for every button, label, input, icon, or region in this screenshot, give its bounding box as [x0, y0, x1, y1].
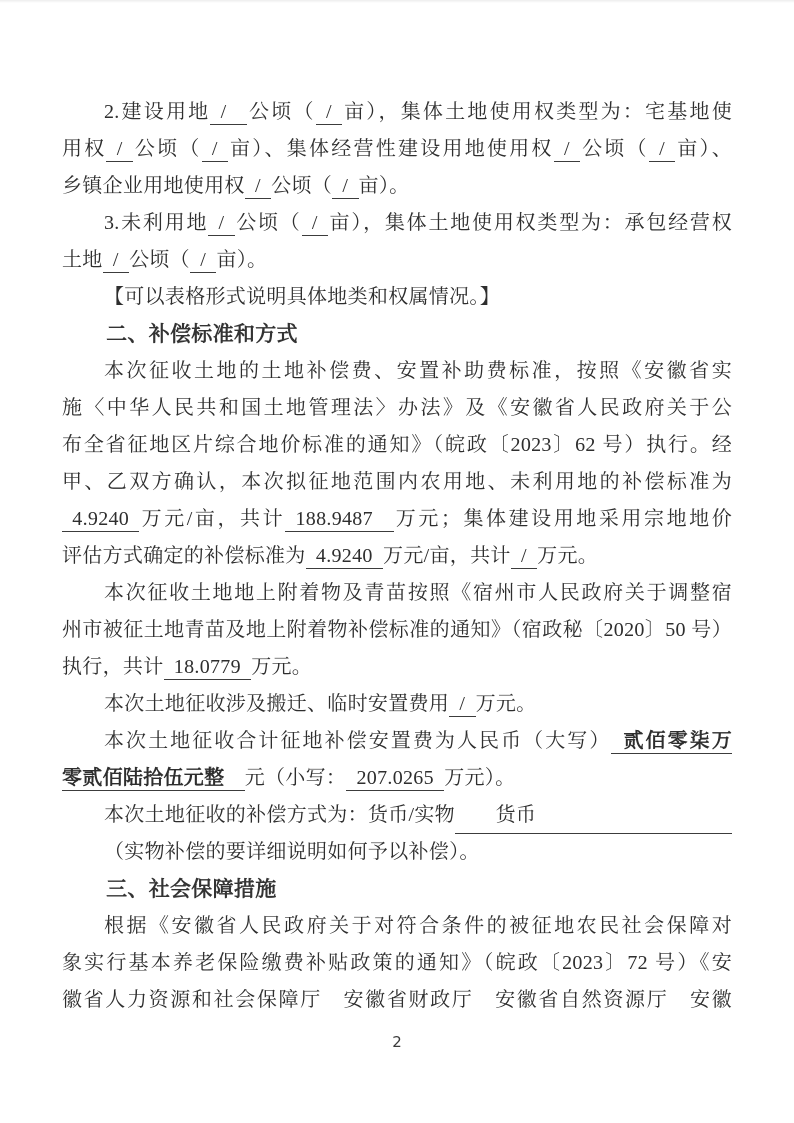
- text-segment: 公顷（: [129, 249, 190, 271]
- text-line: 4.9240 万元/亩，共计 188.9487 万元；集体建设用地采用宗地地价: [62, 501, 732, 538]
- scan-edge: [0, 0, 794, 3]
- text-segment: 公顷（: [580, 138, 649, 160]
- section-heading: 二、补偿标准和方式: [62, 316, 732, 353]
- text-segment: 元（小写：: [245, 767, 347, 789]
- text-line: 零贰佰陆拾伍元整 元（小写： 207.0265 万元）。: [62, 760, 732, 797]
- fill-in-blank: 4.9240: [62, 508, 139, 532]
- text-segment: 本次土地征收涉及搬迁、临时安置费用: [104, 693, 449, 715]
- fill-in-blank: /: [106, 138, 132, 162]
- text-segment: 评估方式确定的补偿标准为: [62, 545, 306, 567]
- text-segment: 根据《安徽省人民政府关于对符合条件的被征地农民社会保障对: [104, 915, 732, 937]
- text-segment: 土地: [62, 249, 103, 271]
- text-segment: 布全省征地区片综合地价标准的通知》（皖政〔2023〕62 号）执行。经: [62, 434, 732, 456]
- fill-in-blank: 4.9240: [306, 545, 383, 569]
- text-segment: 亩）。: [359, 175, 410, 197]
- fill-in-blank: /: [103, 249, 129, 273]
- text-line: 本次土地征收的补偿方式为：货币/实物 货币: [62, 797, 732, 834]
- text-line: 根据《安徽省人民政府关于对符合条件的被征地农民社会保障对: [62, 908, 732, 945]
- text-segment: 象实行基本养老保险缴费补贴政策的通知》（皖政〔2023〕72 号）《安: [62, 952, 732, 974]
- fill-in-blank: 贰佰零柒万: [611, 730, 732, 754]
- text-segment: 本次征收土地地上附着物及青苗按照《宿州市人民政府关于调整宿: [104, 582, 732, 604]
- section-heading: 三、社会保障措施: [62, 871, 732, 908]
- text-segment: 亩）、集体经营性建设用地使用权: [228, 138, 554, 160]
- text-line: 土地 / 公顷（ / 亩）。: [62, 242, 732, 279]
- text-segment: 公顷（: [133, 138, 202, 160]
- page-number: 2: [0, 1033, 794, 1051]
- text-segment: 乡镇企业用地使用权: [62, 175, 245, 197]
- text-segment: 甲、乙双方确认，本次拟征地范围内农用地、未利用地的补偿标准为: [62, 471, 732, 493]
- text-segment: 公顷（: [271, 175, 332, 197]
- text-line: 3.未利用地 / 公顷（ / 亩），集体土地使用权类型为：承包经营权: [62, 205, 732, 242]
- fill-in-blank: /: [190, 249, 216, 273]
- text-line: 本次土地征收合计征地补偿安置费为人民币（大写） 贰佰零柒万: [62, 723, 732, 760]
- text-segment: 万元）。: [444, 767, 515, 789]
- fill-in-blank: 207.0265: [346, 767, 444, 791]
- fill-in-blank: /: [208, 212, 234, 236]
- text-segment: 本次土地征收的补偿方式为：货币/实物: [104, 797, 455, 834]
- text-segment: 亩）、: [675, 138, 732, 160]
- text-segment: 三、社会保障措施: [106, 878, 276, 901]
- text-segment: 公顷（: [235, 212, 302, 234]
- text-segment: 万元；集体建设用地采用宗地地价: [394, 508, 732, 530]
- text-line: 评估方式确定的补偿标准为 4.9240 万元/亩，共计 / 万元。: [62, 538, 732, 575]
- text-segment: 本次土地征收合计征地补偿安置费为人民币（大写）: [104, 730, 611, 752]
- text-line: 甲、乙双方确认，本次拟征地范围内农用地、未利用地的补偿标准为: [62, 464, 732, 501]
- fill-in-blank: /: [316, 101, 342, 125]
- text-segment: 万元。: [476, 693, 537, 715]
- text-segment: 3.未利用地: [104, 212, 208, 234]
- fill-in-blank: 18.0779: [164, 656, 252, 680]
- text-segment: 徽省人力资源和社会保障厅 安徽省财政厅 安徽省自然资源厅 安徽: [62, 989, 732, 1011]
- text-line: 象实行基本养老保险缴费补贴政策的通知》（皖政〔2023〕72 号）《安: [62, 945, 732, 982]
- text-segment: 2.建设用地: [104, 101, 210, 123]
- text-line: 执行，共计 18.0779 万元。: [62, 649, 732, 686]
- fill-in-blank: 188.9487: [285, 508, 393, 532]
- text-segment: 州市被征土地青苗及地上附着物补偿标准的通知》（宿政秘〔2020〕50 号）: [62, 619, 732, 641]
- fill-in-blank: /: [332, 175, 358, 199]
- text-segment: 万元。: [537, 545, 598, 567]
- fill-in-blank: 零贰佰陆拾伍元整: [62, 767, 245, 791]
- text-line: 州市被征土地青苗及地上附着物补偿标准的通知》（宿政秘〔2020〕50 号）: [62, 612, 732, 649]
- text-segment: 用权: [62, 138, 106, 160]
- fill-in-blank: /: [511, 545, 537, 569]
- text-line: 本次征收土地地上附着物及青苗按照《宿州市人民政府关于调整宿: [62, 575, 732, 612]
- text-segment: 万元/亩，共计: [383, 545, 511, 567]
- fill-in-blank: /: [210, 101, 247, 125]
- text-line: 本次征收土地的土地补偿费、安置补助费标准，按照《安徽省实: [62, 353, 732, 390]
- text-segment: 施〈中华人民共和国土地管理法〉办法》及《安徽省人民政府关于公: [62, 397, 732, 419]
- text-segment: 执行，共计: [62, 656, 164, 678]
- text-line: 布全省征地区片综合地价标准的通知》（皖政〔2023〕62 号）执行。经: [62, 427, 732, 464]
- fill-in-blank: /: [302, 212, 328, 236]
- text-segment: 亩），集体土地使用权类型为：承包经营权: [328, 212, 732, 234]
- fill-in-blank: /: [202, 138, 228, 162]
- text-line: 施〈中华人民共和国土地管理法〉办法》及《安徽省人民政府关于公: [62, 390, 732, 427]
- text-segment: 公顷（: [247, 101, 316, 123]
- text-segment: 万元/亩，共计: [139, 508, 285, 530]
- text-segment: 亩）。: [216, 249, 267, 271]
- text-segment: （实物补偿的要详细说明如何予以补偿）。: [104, 841, 480, 863]
- text-line: 徽省人力资源和社会保障厅 安徽省财政厅 安徽省自然资源厅 安徽: [62, 982, 732, 1019]
- document-body: 2.建设用地 / 公顷（ / 亩），集体土地使用权类型为：宅基地使用权 / 公顷…: [62, 94, 732, 1019]
- fill-in-blank: /: [449, 693, 475, 717]
- text-segment: 【可以表格形式说明具体地类和权属情况。】: [104, 286, 500, 308]
- fill-in-blank: /: [649, 138, 675, 162]
- fill-in-blank: 货币: [455, 797, 732, 834]
- text-line: 本次土地征收涉及搬迁、临时安置费用 / 万元。: [62, 686, 732, 723]
- fill-in-blank: /: [554, 138, 580, 162]
- text-segment: 万元。: [251, 656, 312, 678]
- fill-in-blank: /: [245, 175, 271, 199]
- text-line: 【可以表格形式说明具体地类和权属情况。】: [62, 279, 732, 316]
- text-line: （实物补偿的要详细说明如何予以补偿）。: [62, 834, 732, 871]
- text-segment: 本次征收土地的土地补偿费、安置补助费标准，按照《安徽省实: [104, 360, 732, 382]
- text-line: 用权 / 公顷（ / 亩）、集体经营性建设用地使用权 / 公顷（ / 亩）、: [62, 131, 732, 168]
- text-segment: 亩），集体土地使用权类型为：宅基地使: [342, 101, 732, 123]
- text-line: 2.建设用地 / 公顷（ / 亩），集体土地使用权类型为：宅基地使: [62, 94, 732, 131]
- text-segment: 二、补偿标准和方式: [106, 323, 298, 346]
- text-line: 乡镇企业用地使用权 / 公顷（ / 亩）。: [62, 168, 732, 205]
